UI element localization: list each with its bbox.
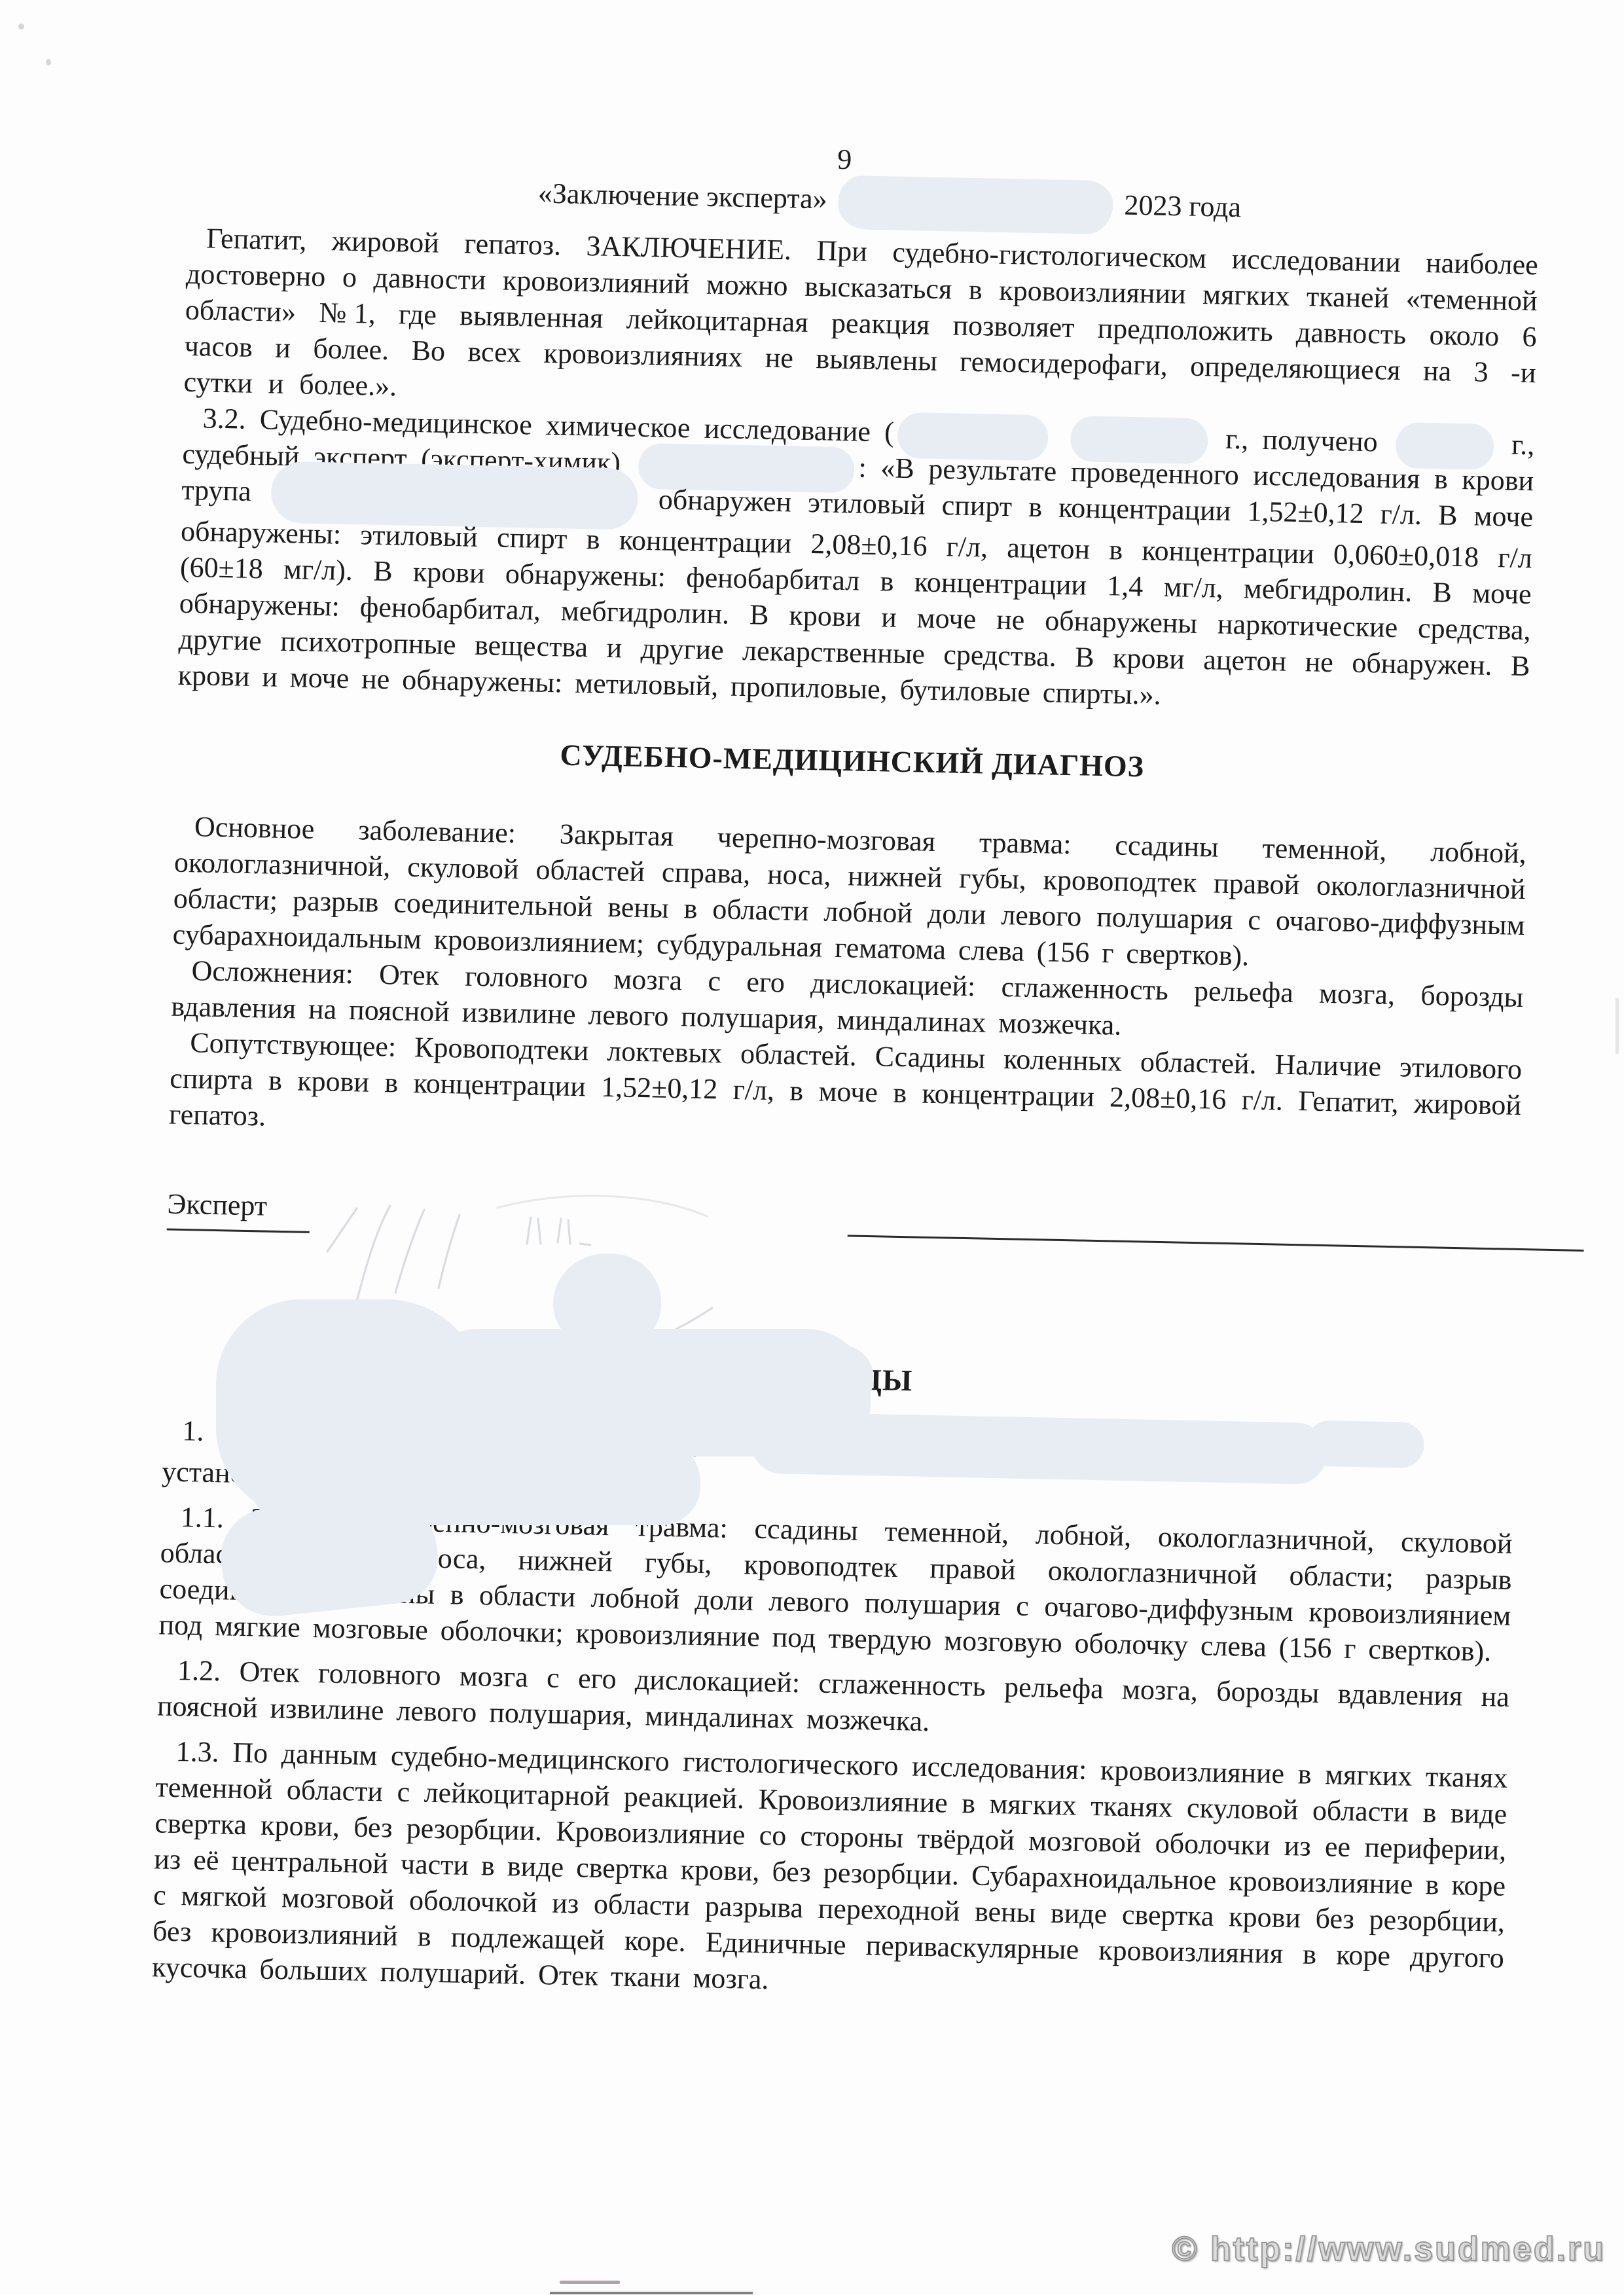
chemistry-paragraph: 3.2. Судебно-медицинское химическое иссл…: [177, 400, 1535, 720]
expert-signature-row: Эксперт: [167, 1185, 1519, 1253]
document-title: «Заключение эксперта»: [537, 177, 827, 215]
chemistry-text-5: обнаружен этиловый спирт в концентрации …: [177, 483, 1533, 710]
scan-scratch: [1615, 998, 1619, 1054]
expert-label: Эксперт: [167, 1187, 268, 1221]
redaction-blob: [1306, 1420, 1424, 1468]
diagnosis-main-paragraph: Основное заболевание: Закрытая черепно-м…: [172, 808, 1526, 979]
chemistry-text-2: г., получено: [1225, 423, 1378, 458]
signature-line: [848, 1235, 1584, 1252]
redaction-blob-header: [838, 175, 1114, 234]
scan-speck: [18, 24, 24, 29]
scan-smudge: [560, 2281, 620, 2284]
document-year: 2023 года: [1124, 189, 1242, 224]
diagnosis-heading: СУДЕБНО-МЕДИЦИНСКИЙ ДИАГНОЗ: [176, 729, 1528, 791]
expert-label-underline: Эксперт: [167, 1185, 310, 1233]
histology-conclusion-paragraph: Гепатит, жировой гепатоз. ЗАКЛЮЧЕНИЕ. Пр…: [183, 220, 1538, 427]
document-content: 9 «Заключение эксперта» 2023 года Гепати…: [152, 0, 1543, 2012]
scan-speck: [46, 59, 51, 65]
conclusion-item-1-3: 1.3. По данным судебно-медицинского гист…: [152, 1733, 1508, 2012]
conclusion-item-1-2: 1.2. Отек головного мозга с его дислокац…: [157, 1652, 1510, 1750]
redaction-blob-signature: [677, 1345, 874, 1411]
scan-edge-line: [550, 2292, 753, 2294]
watermark: © http://www.sudmed.ru: [1172, 2230, 1606, 2269]
document-page: 9 «Заключение эксперта» 2023 года Гепати…: [0, 0, 1624, 2295]
